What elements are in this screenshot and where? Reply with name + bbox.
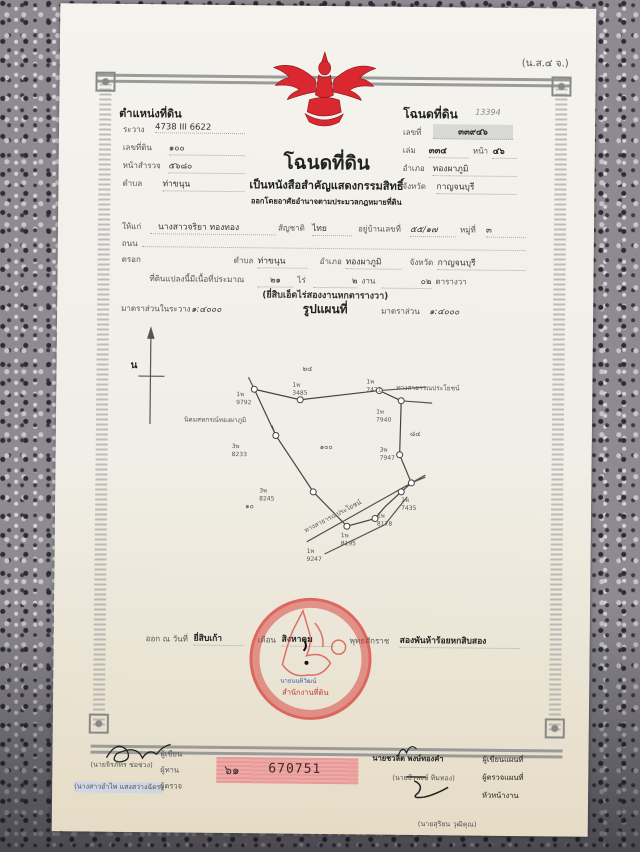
map-marker-9792: 1พ9792 xyxy=(236,389,251,406)
neighbor-parcel: ๘๔ xyxy=(410,429,421,440)
nationality-value: ไทย xyxy=(312,221,352,236)
map-sheet-value: 4738 III 6622 xyxy=(155,122,245,134)
map-marker-7421: 1พ7421 xyxy=(366,376,381,393)
map-writer-name: นายชวลิต พงษ์ทองคำ xyxy=(372,753,443,766)
land-office-seal: นายนนทิวัฒน์ สำนักงานที่ดิน xyxy=(249,597,372,720)
neighbor-parcel: ๒๔ xyxy=(302,364,312,375)
soi-label: ตรอก xyxy=(122,253,141,266)
area-ngan-value: ๒ xyxy=(313,273,357,288)
area-label: ที่ดินแปลงนี้มีเนื้อที่ประมาณ xyxy=(149,272,244,286)
map-marker-8245: 3พ8245 xyxy=(259,485,274,502)
address-label: อยู่บ้านเลขที่ xyxy=(358,222,401,235)
map-checker-name: (นายธีรพงษ์ ทิมทอง) xyxy=(392,773,455,785)
deed-heading: โฉนดที่ดิน xyxy=(403,105,458,125)
owner-district-value: ทองผาภูมิ xyxy=(346,254,402,270)
map-marker-7940: 1พ7940 xyxy=(376,407,391,424)
map-marker-7947: 3พ7947 xyxy=(380,445,395,462)
scale-right-label: มาตราส่วน xyxy=(381,305,420,318)
map-checker-role: ผู้ตรวจแผนที่ xyxy=(482,772,523,784)
scale-right-value: ๑:๔๐๐๐ xyxy=(429,304,459,318)
house-no-value: ๕๕/๑๗ xyxy=(410,222,456,237)
map-marker-8178: 1พ8178 xyxy=(377,511,392,528)
neighbor-parcel: ๑๐ xyxy=(245,501,254,512)
garuda-emblem-icon xyxy=(269,49,380,130)
writer-role: ผู้เขียน xyxy=(160,748,182,760)
area-rai-value: ๒๑ xyxy=(257,272,293,287)
moo-label: หมู่ที่ xyxy=(460,223,476,236)
corner-ornament-icon xyxy=(551,76,571,96)
owner-subdistrict-label: ตำบล xyxy=(234,254,254,267)
cooperative-label: นิคมสหกรณ์ทองผาภูมิ xyxy=(184,415,246,426)
writer-name: (นายจิรภัทร ช่อช่วง) xyxy=(90,760,153,772)
owner-to-label: ให้แก่ xyxy=(122,220,141,233)
owner-subdistrict-value: ท่าขนุน xyxy=(258,253,308,269)
owner-province-value: กาญจนบุรี xyxy=(438,255,526,271)
signature-map-officer xyxy=(392,741,483,802)
issue-year: สองพันห้าร้อยหกสิบสอง xyxy=(400,633,520,649)
reviewer-role: ผู้ทาน xyxy=(160,764,179,776)
svg-text:นายนนทิวัฒน์: นายนนทิวัฒน์ xyxy=(280,677,316,685)
area-wa-unit: ตารางวา xyxy=(435,275,467,288)
corner-ornament-icon xyxy=(545,718,565,738)
land-location-heading: ตำแหน่งที่ดิน xyxy=(119,104,182,123)
map-marker-3485: 1พ3485 xyxy=(292,380,307,397)
map-sheet-label: ระวาง xyxy=(123,123,145,136)
serial-prefix: ๖๑ xyxy=(224,761,239,780)
road-label: ถนน xyxy=(122,237,138,250)
serial-number-strip: ๖๑ 670751 xyxy=(216,757,358,784)
deed-no-value: ๓๓๙๔๖ xyxy=(433,124,513,140)
map-marker-7435: 1พ7435 xyxy=(401,495,416,512)
parcel-number: ๑๐๐ xyxy=(320,442,333,453)
checker-name: (นางสาวอำไพ แสงสว่างฉัตร) xyxy=(74,781,163,793)
map-marker-9247: 1พ9247 xyxy=(307,546,322,563)
area-ngan-unit: งาน xyxy=(361,274,375,287)
issue-date-prefix: ออก ณ วันที่ xyxy=(146,632,188,645)
owner-district-label: อำเภอ xyxy=(320,255,342,268)
handwritten-note: 13394 xyxy=(475,108,501,117)
public-way-label: ทางสาธารณประโยชน์ xyxy=(396,383,459,394)
area-rai-unit: ไร่ xyxy=(297,274,305,287)
owner-province-label: จังหวัด xyxy=(410,256,434,269)
moo-value: ๓ xyxy=(486,223,526,238)
serial-number: 670751 xyxy=(268,761,321,777)
deed-no-label: เลขที่ xyxy=(403,126,422,139)
owner-name: นางสาวจริยา ทองทอง xyxy=(150,219,276,235)
issue-day: ยี่สิบเก้า xyxy=(194,631,244,647)
corner-ornament-icon xyxy=(95,72,115,92)
form-code: (น.ส.๔ จ.) xyxy=(522,56,569,71)
nationality-label: สัญชาติ xyxy=(278,222,305,235)
north-label: น xyxy=(130,358,137,373)
land-title-deed: (น.ส.๔ จ.) ตำแหน่งที่ดิน ระวาง 4738 III … xyxy=(52,3,597,837)
checker-role: ผู้ตรวจ xyxy=(160,780,182,792)
head-of-section-role: หัวหน้างาน xyxy=(482,790,519,802)
map-writer-role: ผู้เขียนแผนที่ xyxy=(482,754,523,766)
map-marker-8233: 3พ8233 xyxy=(232,441,247,458)
corner-ornament-icon xyxy=(89,714,109,734)
area-wa-value: ๐๒ xyxy=(381,274,431,290)
head-of-section-name: (นายสุริยน วุฒิคุณ) xyxy=(418,819,477,831)
seal-text: สำนักงานที่ดิน xyxy=(282,687,329,699)
map-marker-8195: 1พ8195 xyxy=(341,530,356,547)
